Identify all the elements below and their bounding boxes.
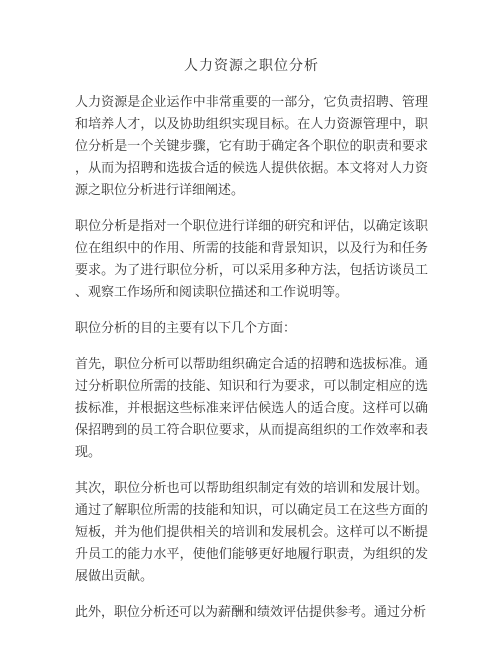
purpose-third-paragraph-truncated: 此外，职位分析还可以为薪酬和绩效评估提供参考。通过分析 [75,601,428,623]
document-title: 人力资源之职位分析 [75,56,428,78]
document-page: 人力资源之职位分析 人力资源是企业运作中非常重要的一部分，它负责招聘、管理和培养… [0,0,500,647]
purpose-first-paragraph: 首先，职位分析可以帮助组织确定合适的招聘和选拔标准。通过分析职位所需的技能、知识… [75,353,428,463]
purpose-second-paragraph: 其次，职位分析也可以帮助组织制定有效的培训和发展计划。通过了解职位所需的技能和知… [75,477,428,587]
intro-paragraph: 人力资源是企业运作中非常重要的一部分，它负责招聘、管理和培养人才，以及协助组织实… [75,91,428,201]
purpose-lead-paragraph: 职位分析的目的主要有以下几个方面： [75,317,428,339]
definition-paragraph: 职位分析是指对一个职位进行详细的研究和评估，以确定该职位在组织中的作用、所需的技… [75,215,428,303]
